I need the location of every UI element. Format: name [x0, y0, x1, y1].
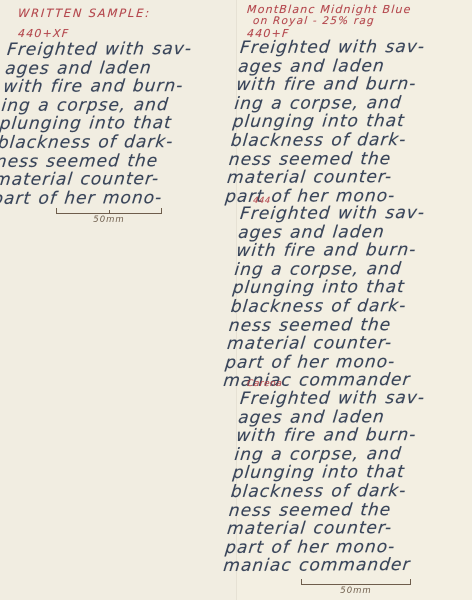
handwriting-line: with fire and burn-	[235, 75, 469, 95]
handwriting-line: ages and laden	[4, 58, 238, 78]
handwriting-line: with fire and burn-	[2, 77, 236, 97]
handwriting-line: plunging into that	[0, 114, 233, 134]
right-sample-column: MontBlanc Midnight Blue on Royal - 25% r…	[236, 0, 472, 600]
scale-line	[301, 579, 411, 585]
right-handwriting-sample-3: Freighted with sav-ages and ladenwith fi…	[222, 389, 472, 576]
handwriting-line: ing a corpse, and	[234, 445, 468, 465]
handwriting-line: part of her mono-	[224, 538, 458, 558]
scale-tick-right	[161, 208, 162, 213]
handwriting-line: ing a corpse, and	[234, 260, 468, 280]
handwriting-line: Freighted with sav-	[239, 389, 472, 409]
handwriting-line: plunging into that	[232, 278, 466, 298]
scanned-handwriting-page: WRITTEN SAMPLE: 440+XF Freighted with sa…	[0, 0, 472, 600]
left-handwriting-sample: Freighted with sav-ages and ladenwith fi…	[0, 40, 240, 209]
scale-tick-right	[410, 579, 411, 584]
handwriting-line: blackness of dark-	[230, 482, 464, 502]
handwriting-line: blackness of dark-	[230, 131, 464, 151]
handwriting-line: blackness of dark-	[0, 133, 231, 153]
sample3-pen-label: Carena	[247, 379, 283, 389]
handwriting-line: with fire and burn-	[235, 241, 469, 261]
handwriting-line: ness seemed the	[228, 500, 462, 520]
scale-tick-left	[301, 579, 302, 584]
handwriting-line: material counter-	[0, 170, 227, 190]
handwriting-line: part of her mono-	[0, 189, 225, 209]
scale-label: 50mm	[301, 586, 411, 596]
handwriting-line: plunging into that	[232, 463, 466, 483]
right-handwriting-sample-1: Freighted with sav-ages and ladenwith fi…	[224, 38, 472, 207]
scale-tick-middle	[109, 210, 110, 213]
handwriting-line: material counter-	[226, 168, 460, 188]
scale-tick-left	[56, 208, 57, 213]
handwriting-line: ing a corpse, and	[234, 94, 468, 114]
handwriting-line: part of her mono-	[224, 353, 458, 373]
handwriting-line: Freighted with sav-	[239, 204, 472, 224]
scale-label: 50mm	[56, 215, 162, 225]
left-pen-label: 440+XF	[18, 27, 70, 40]
handwriting-line: ages and laden	[237, 407, 471, 427]
handwriting-line: maniac commander	[222, 556, 456, 576]
handwriting-line: ages and laden	[237, 56, 471, 76]
handwriting-line: ness seemed the	[0, 151, 229, 171]
handwriting-line: material counter-	[226, 334, 460, 354]
handwriting-line: Freighted with sav-	[6, 40, 240, 60]
right-scale-bar: 50mm	[301, 579, 411, 596]
right-handwriting-sample-2: Freighted with sav-ages and ladenwith fi…	[222, 204, 472, 391]
handwriting-line: blackness of dark-	[230, 297, 464, 317]
handwriting-line: material counter-	[226, 519, 460, 539]
handwriting-line: ing a corpse, and	[1, 96, 235, 116]
handwriting-line: with fire and burn-	[235, 426, 469, 446]
handwriting-line: ness seemed the	[228, 315, 462, 335]
handwriting-line: Freighted with sav-	[239, 38, 472, 58]
handwriting-line: ages and laden	[237, 222, 471, 242]
scale-line	[56, 208, 162, 214]
handwriting-line: plunging into that	[232, 112, 466, 132]
left-scale-bar: 50mm	[56, 208, 162, 225]
ink-title-line2: on Royal - 25% rag	[253, 15, 376, 27]
written-sample-heading: WRITTEN SAMPLE:	[18, 6, 152, 20]
handwriting-line: ness seemed the	[228, 149, 462, 169]
left-sample-column: WRITTEN SAMPLE: 440+XF Freighted with sa…	[0, 0, 236, 600]
